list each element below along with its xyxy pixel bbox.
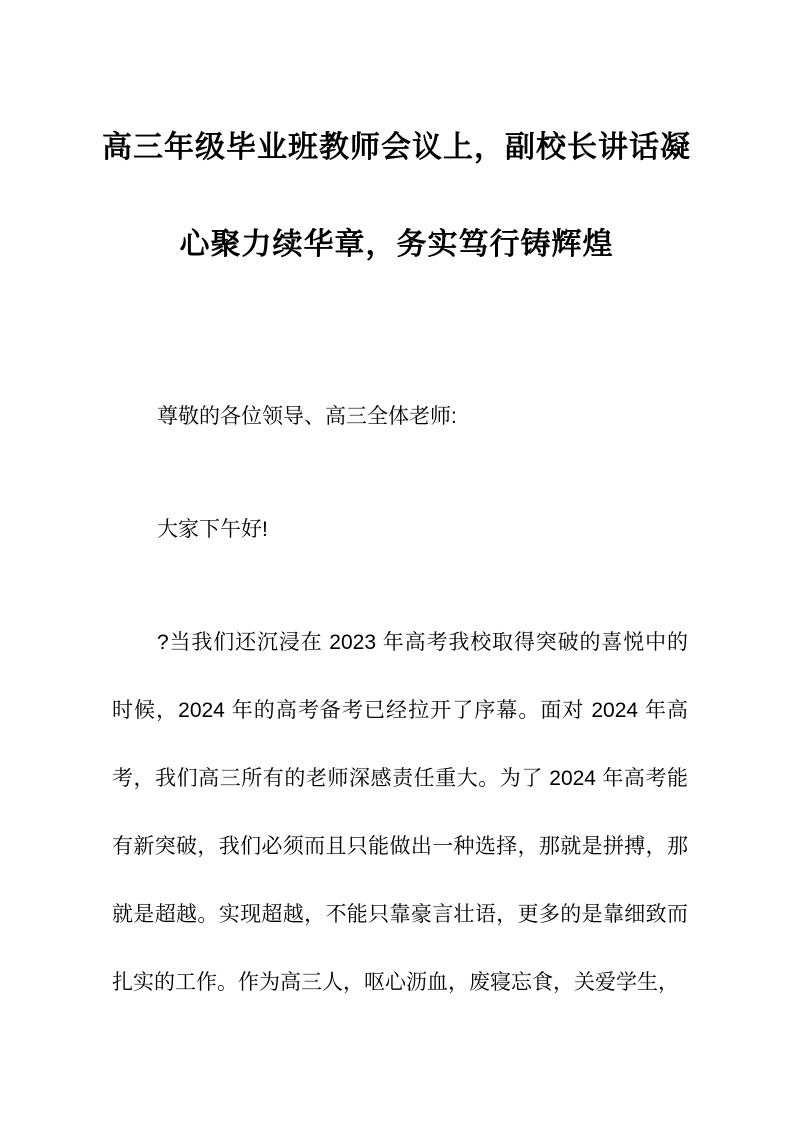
document-title: 高三年级毕业班教师会议上，副校长讲话凝 心聚力续华章，务实笃行铸辉煌	[55, 0, 738, 293]
document-title-line-1: 高三年级毕业班教师会议上，副校长讲话凝	[55, 99, 738, 196]
body-paragraph: ?当我们还沉浸在 2023 年高考我校取得突破的喜悦中的时候，2024 年的高考…	[112, 609, 688, 1017]
document-body: 尊敬的各位领导、高三全体老师: 大家下午好! ?当我们还沉浸在 2023 年高考…	[0, 293, 793, 1017]
document-page: 高三年级毕业班教师会议上，副校长讲话凝 心聚力续华章，务实笃行铸辉煌 尊敬的各位…	[0, 0, 793, 1122]
salutation-paragraph: 大家下午好!	[112, 496, 688, 564]
document-title-line-2: 心聚力续华章，务实笃行铸辉煌	[55, 196, 738, 293]
greeting-paragraph: 尊敬的各位领导、高三全体老师:	[112, 383, 688, 451]
